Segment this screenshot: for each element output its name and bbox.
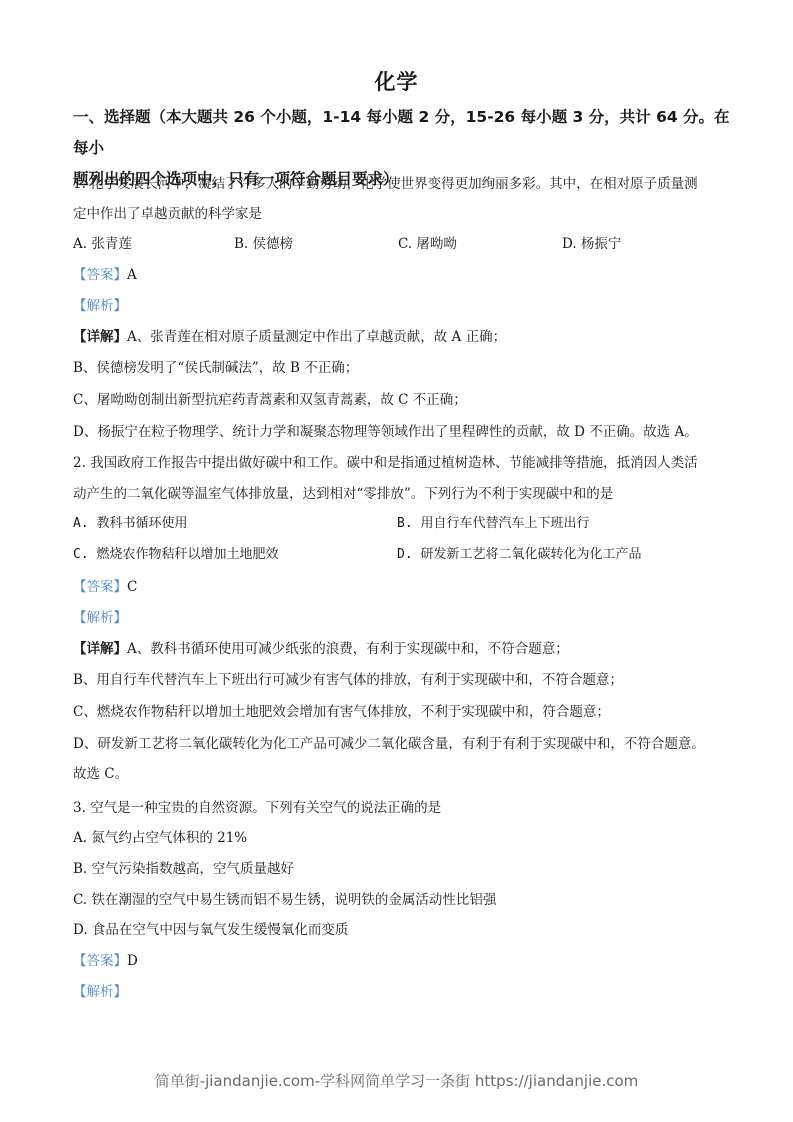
question-2-detail-line-4: D、研发新工艺将二氧化碳转化为化工产品可减少二氧化碳含量，有利于有利于实现碳中和… bbox=[73, 735, 733, 753]
question-2-stem-line-2: 动产生的二氧化碳等温室气体排放量，达到相对“零排放”。下列行为不利于实现碳中和的… bbox=[73, 485, 733, 503]
answer-label: 【答案】 bbox=[73, 267, 127, 283]
question-1-detail-line-3: C、屠呦呦创制出新型抗疟药青蒿素和双氢青蒿素，故 C 不正确； bbox=[73, 391, 733, 409]
question-1-option-d: D. 杨振宁 bbox=[562, 235, 621, 253]
question-3-option-d: D. 食品在空气中因与氧气发生缓慢氧化而变质 bbox=[73, 921, 733, 939]
question-2-option-a: A. 教科书循环使用 bbox=[73, 515, 187, 533]
question-2-detail-line-3: C、燃烧农作物秸秆以增加土地肥效会增加有害气体排放，不利于实现碳中和，符合题意； bbox=[73, 703, 733, 721]
question-2-analysis: 【解析】 bbox=[73, 609, 733, 627]
question-1-option-b: B. 侯德榜 bbox=[234, 235, 293, 253]
detail-text: A、张青莲在相对原子质量测定中作出了卓越贡献，故 A 正确； bbox=[127, 329, 506, 345]
analysis-label: 【解析】 bbox=[73, 610, 127, 626]
question-3-option-b: B. 空气污染指数越高，空气质量越好 bbox=[73, 860, 733, 878]
answer-value: A bbox=[127, 267, 137, 283]
question-1-detail-line-4: D、杨振宁在粒子物理学、统计力学和凝聚态物理等领域作出了里程碑性的贡献，故 D … bbox=[73, 423, 733, 441]
footer-watermark: 简单街-jiandanjie.com-学科网简单学习一条街 https://ji… bbox=[0, 1070, 793, 1091]
answer-label: 【答案】 bbox=[73, 579, 127, 595]
answer-value: C bbox=[127, 579, 137, 595]
question-3-analysis: 【解析】 bbox=[73, 983, 733, 1001]
answer-label: 【答案】 bbox=[73, 953, 127, 969]
question-3-option-c: C. 铁在潮湿的空气中易生锈而铝不易生锈，说明铁的金属活动性比铝强 bbox=[73, 891, 733, 909]
document-page: 化学 一、选择题（本大题共 26 个小题，1-14 每小题 2 分，15-26 … bbox=[0, 0, 793, 1122]
question-2-option-d: D. 研发新工艺将二氧化碳转化为化工产品 bbox=[397, 546, 641, 564]
document-title: 化学 bbox=[0, 66, 793, 96]
answer-value: D bbox=[127, 953, 138, 969]
question-2-stem-line-1: 2. 我国政府工作报告中提出做好碳中和工作。碳中和是指通过植树造林、节能减排等措… bbox=[73, 454, 733, 472]
question-1-answer: 【答案】A bbox=[73, 266, 733, 284]
question-2-option-c: C. 燃烧农作物秸秆以增加土地肥效 bbox=[73, 546, 278, 564]
question-2-option-b: B. 用自行车代替汽车上下班出行 bbox=[397, 515, 589, 533]
question-3-option-a: A. 氮气约占空气体积的 21% bbox=[73, 829, 733, 847]
question-1-option-a: A. 张青莲 bbox=[73, 235, 132, 253]
question-1-stem-line-1: 1. 化学发展长河中，凝结了许多人的辛勤劳动，化学使世界变得更加绚丽多彩。其中，… bbox=[73, 175, 733, 193]
question-1-detail-line-2: B、侯德榜发明了“侯氏制碱法”，故 B 不正确； bbox=[73, 359, 733, 377]
question-2-detail-line-2: B、用自行车代替汽车上下班出行可减少有害气体的排放，有利于实现碳中和，不符合题意… bbox=[73, 671, 733, 689]
question-1-option-c: C. 屠呦呦 bbox=[398, 235, 457, 253]
question-1-detail-line-1: 【详解】A、张青莲在相对原子质量测定中作出了卓越贡献，故 A 正确； bbox=[73, 328, 733, 346]
question-1-stem-line-2: 定中作出了卓越贡献的科学家是 bbox=[73, 205, 733, 223]
analysis-label: 【解析】 bbox=[73, 984, 127, 1000]
question-1-analysis: 【解析】 bbox=[73, 297, 733, 315]
question-3-stem: 3. 空气是一种宝贵的自然资源。下列有关空气的说法正确的是 bbox=[73, 799, 733, 817]
detail-label: 【详解】 bbox=[73, 329, 127, 345]
analysis-label: 【解析】 bbox=[73, 298, 127, 314]
detail-text: A、教科书循环使用可减少纸张的浪费，有利于实现碳中和，不符合题意； bbox=[127, 641, 569, 657]
question-3-answer: 【答案】D bbox=[73, 952, 733, 970]
question-2-answer: 【答案】C bbox=[73, 578, 733, 596]
detail-label: 【详解】 bbox=[73, 641, 127, 657]
question-2-detail-line-5: 故选 C。 bbox=[73, 765, 733, 783]
question-2-detail-line-1: 【详解】A、教科书循环使用可减少纸张的浪费，有利于实现碳中和，不符合题意； bbox=[73, 640, 733, 658]
section-heading-line-1: 一、选择题（本大题共 26 个小题，1-14 每小题 2 分，15-26 每小题… bbox=[73, 102, 733, 164]
